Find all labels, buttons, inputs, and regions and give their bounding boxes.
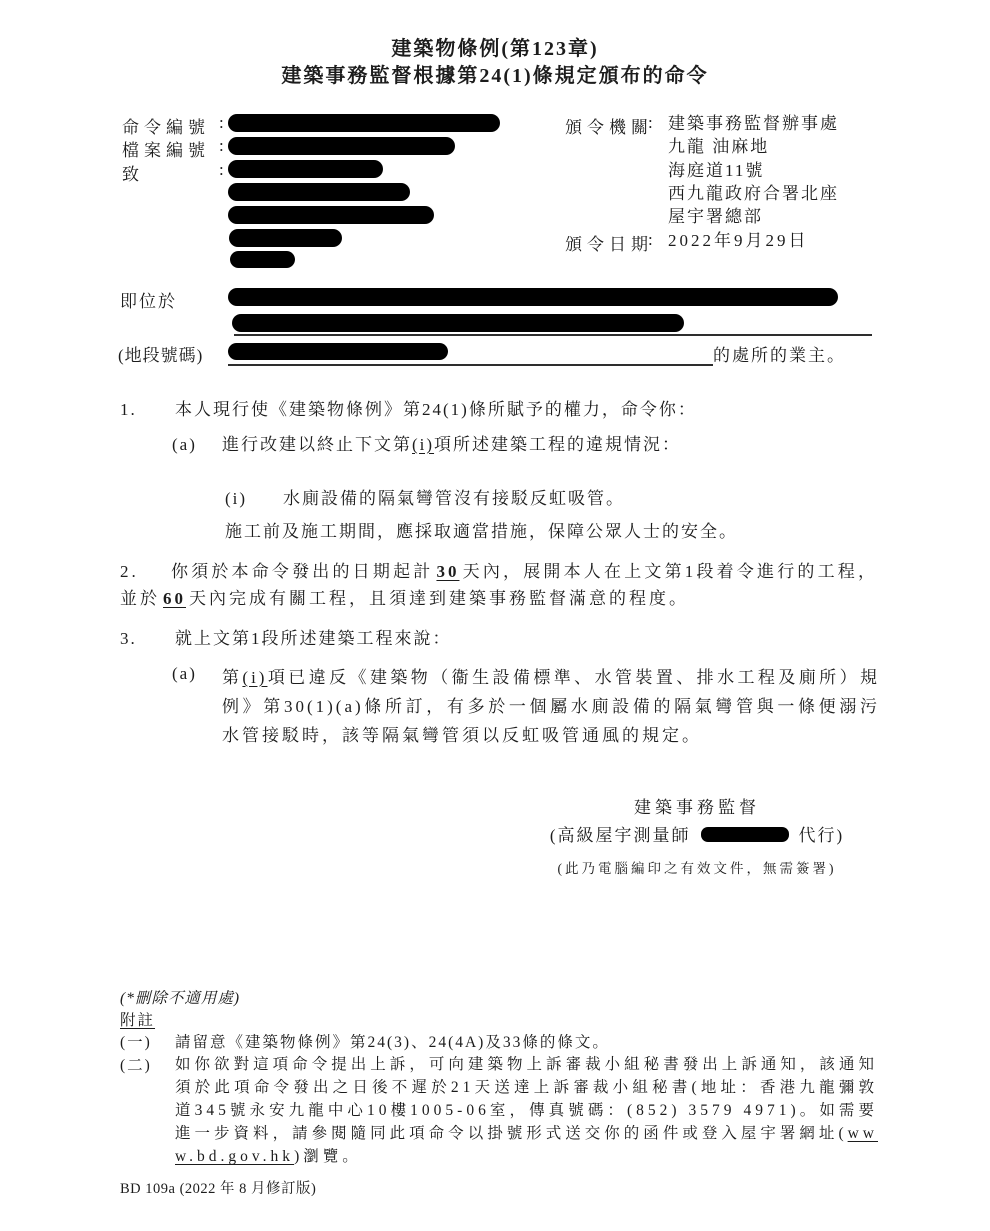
lot-number-label: (地段號碼) [118,345,203,368]
signing-authority: 建築事務監督 [510,797,884,820]
redaction-bar-address-1 [228,288,838,306]
days-to-complete: 60 [163,589,186,608]
located-at-label: 即位於 [120,291,177,314]
item-i-number: (i) [225,488,247,511]
colon: : [219,113,224,133]
issuing-office-line: 西九龍政府合署北座 [668,183,839,206]
form-number: BD 109a (2022 年 8 月修訂版) [120,1177,316,1198]
paragraph-2-pre: 你須於本命令發出的日期起計 [171,562,434,581]
paragraph-3a-text: 第(i)項已違反《建築物（衞生設備標準、水管裝置、排水工程及廁所）規例》第30(… [222,663,880,750]
note-2-pre: 如你欲對這項命令提出上訴，可向建築物上訴審裁小組秘書發出上訴通知，該通知須於此項… [175,1056,878,1142]
colon: : [648,113,653,133]
deputy-title-post: 代行) [799,826,845,845]
note-2-number: (二) [120,1053,152,1075]
note-2-post: )瀏覽。 [294,1148,362,1165]
computer-printed-note: (此乃電腦編印之有效文件，無需簽署) [510,857,884,877]
paragraph-1-text: 本人現行使《建築物條例》第24(1)條所賦予的權力，命令你： [175,399,697,422]
document-title: 建築物條例(第123章) [0,32,990,61]
issuing-office-line: 屋宇署總部 [668,206,763,229]
deputy-line: (高級屋宇測量師代行) [510,825,884,848]
redaction-bar-addressee-1 [228,160,383,178]
paragraph-1a-pre: 進行改建以終止下文第 [222,435,412,454]
issuing-office-line: 建築事務監督辦事處 [668,113,839,136]
addressee-label: 致 [122,160,144,185]
redaction-bar-file-number [228,137,455,155]
notes-heading: 附註 [120,1008,155,1030]
paragraph-3a-pre: 第 [222,668,242,687]
paragraph-3a-number: (a) [172,663,197,686]
safety-note-text: 施工前及施工期間，應採取適當措施，保障公眾人士的安全。 [225,521,738,544]
deputy-title-pre: (高級屋宇測量師 [550,826,691,845]
redaction-bar-lot-number [228,343,448,360]
colon: : [219,160,224,180]
redaction-bar-addressee-5 [230,251,295,268]
note-1-number: (一) [120,1030,152,1052]
item-i-text: 水廁設備的隔氣彎管沒有接駁反虹吸管。 [283,488,625,511]
paragraph-1-number: 1. [120,399,137,422]
document-subtitle: 建築事務監督根據第24(1)條規定頒布的命令 [0,59,990,88]
order-number-label: 命令編號 [122,113,210,138]
file-number-label: 檔案編號 [122,136,210,161]
redaction-bar-signer-name [701,827,789,842]
paragraph-1a-text: 進行改建以終止下文第(i)項所述建築工程的違規情況： [222,434,681,457]
paragraph-3a-item-ref: (i) [242,668,267,687]
colon: : [219,136,224,156]
redaction-bar-addressee-3 [228,206,434,224]
redaction-bar-order-number [228,114,500,132]
issuing-office-label: 頒令機關 [565,113,653,138]
paragraph-1a-post: 項所述建築工程的違規情況： [434,435,681,454]
owner-suffix-text: 的處所的業主。 [713,345,846,368]
lot-underline [228,364,713,366]
delete-where-inapplicable-note: (*刪除不適用處) [120,986,240,1008]
paragraph-2: 2.你須於本命令發出的日期起計30天內，展開本人在上文第1段着令進行的工程，並於… [120,558,878,612]
paragraph-3a-post: 項已違反《建築物（衞生設備標準、水管裝置、排水工程及廁所）規例》第30(1)(a… [222,668,880,745]
note-2-text: 如你欲對這項命令提出上訴，可向建築物上訴審裁小組秘書發出上訴通知，該通知須於此項… [175,1053,878,1168]
note-1-text: 請留意《建築物條例》第24(3)、24(4A)及33條的條文。 [175,1030,610,1052]
paragraph-2-number: 2. [120,562,139,581]
document-page: 建築物條例(第123章) 建築事務監督根據第24(1)條規定頒布的命令 命令編號… [0,0,990,1231]
redaction-bar-addressee-4 [229,229,342,247]
paragraph-1a-number: (a) [172,434,197,457]
issuing-office-line: 海庭道11號 [668,160,764,183]
redaction-bar-addressee-2 [228,183,410,201]
redaction-bar-address-2 [232,314,684,332]
days-to-commence: 30 [436,562,459,581]
issue-date-value: 2022年9月29日 [668,230,809,253]
paragraph-1a-item-ref: (i) [412,435,434,454]
colon: : [648,230,653,250]
issue-date-label: 頒令日期 [565,230,653,255]
paragraph-2-post: 天內完成有關工程，且須達到建築事務監督滿意的程度。 [189,589,689,608]
address-underline [234,334,872,336]
issuing-office-line: 九龍 油麻地 [668,136,769,159]
paragraph-3-text: 就上文第1段所述建築工程來說： [175,628,452,651]
paragraph-3-number: 3. [120,628,137,651]
